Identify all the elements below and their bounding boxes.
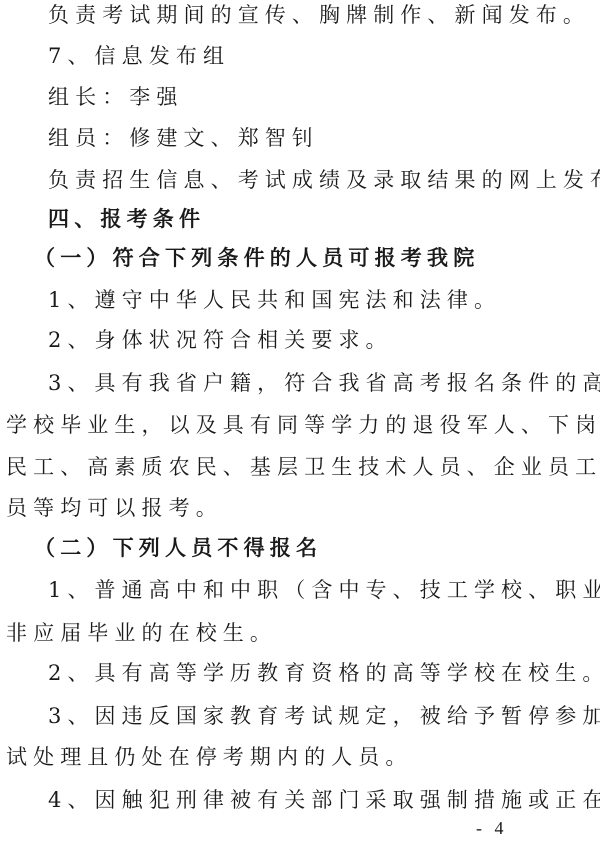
paragraph-info-release-duties: 负责招生信息、考试成绩及录取结果的网上发布。 bbox=[48, 165, 594, 195]
eligible-item-3-line-2: 学校毕业生，以及具有同等学力的退役军人、下岗失业人员、农 bbox=[6, 410, 594, 440]
subsection-heading-eligible: （一）符合下列条件的人员可报考我院 bbox=[34, 243, 594, 273]
ineligible-item-4: 4、因触犯刑律被有关部门采取强制措施或正在服刑者。 bbox=[48, 785, 594, 815]
ineligible-item-1-line-2: 非应届毕业的在校生。 bbox=[6, 618, 594, 648]
eligible-item-2: 2、身体状况符合相关要求。 bbox=[48, 325, 594, 355]
ineligible-item-3-line-1: 3、因违反国家教育考试规定，被给予暂停参加高校招生考 bbox=[48, 701, 594, 731]
ineligible-item-3-line-2: 试处理且仍处在停考期内的人员。 bbox=[6, 742, 594, 772]
ineligible-item-1-line-1: 1、普通高中和中职（含中专、技工学校、职业高中）学校 bbox=[48, 575, 594, 605]
eligible-item-1: 1、遵守中华人民共和国宪法和法律。 bbox=[48, 285, 594, 315]
subsection-heading-ineligible: （二）下列人员不得报名 bbox=[34, 533, 594, 563]
section-heading-requirements: 四、报考条件 bbox=[48, 204, 594, 234]
eligible-item-3-line-1: 3、具有我省户籍，符合我省高考报名条件的高级中等教育 bbox=[48, 368, 594, 398]
eligible-item-3-line-4: 员等均可以报考。 bbox=[6, 493, 594, 523]
document-page: 负责考试期间的宣传、胸牌制作、新闻发布。 7、信息发布组 组长：李强 组员：修建… bbox=[0, 0, 600, 844]
eligible-item-3-line-3: 民工、高素质农民、基层卫生技术人员、企业员工和基层农技人 bbox=[6, 452, 594, 482]
group-members: 组员：修建文、郑智钊 bbox=[48, 123, 594, 153]
group-title-info-release: 7、信息发布组 bbox=[48, 41, 594, 71]
group-leader: 组长：李强 bbox=[48, 82, 594, 112]
paragraph-publicity-duties: 负责考试期间的宣传、胸牌制作、新闻发布。 bbox=[48, 0, 594, 30]
ineligible-item-2: 2、具有高等学历教育资格的高等学校在校生。 bbox=[48, 658, 594, 688]
page-number: - 4 bbox=[476, 816, 508, 840]
